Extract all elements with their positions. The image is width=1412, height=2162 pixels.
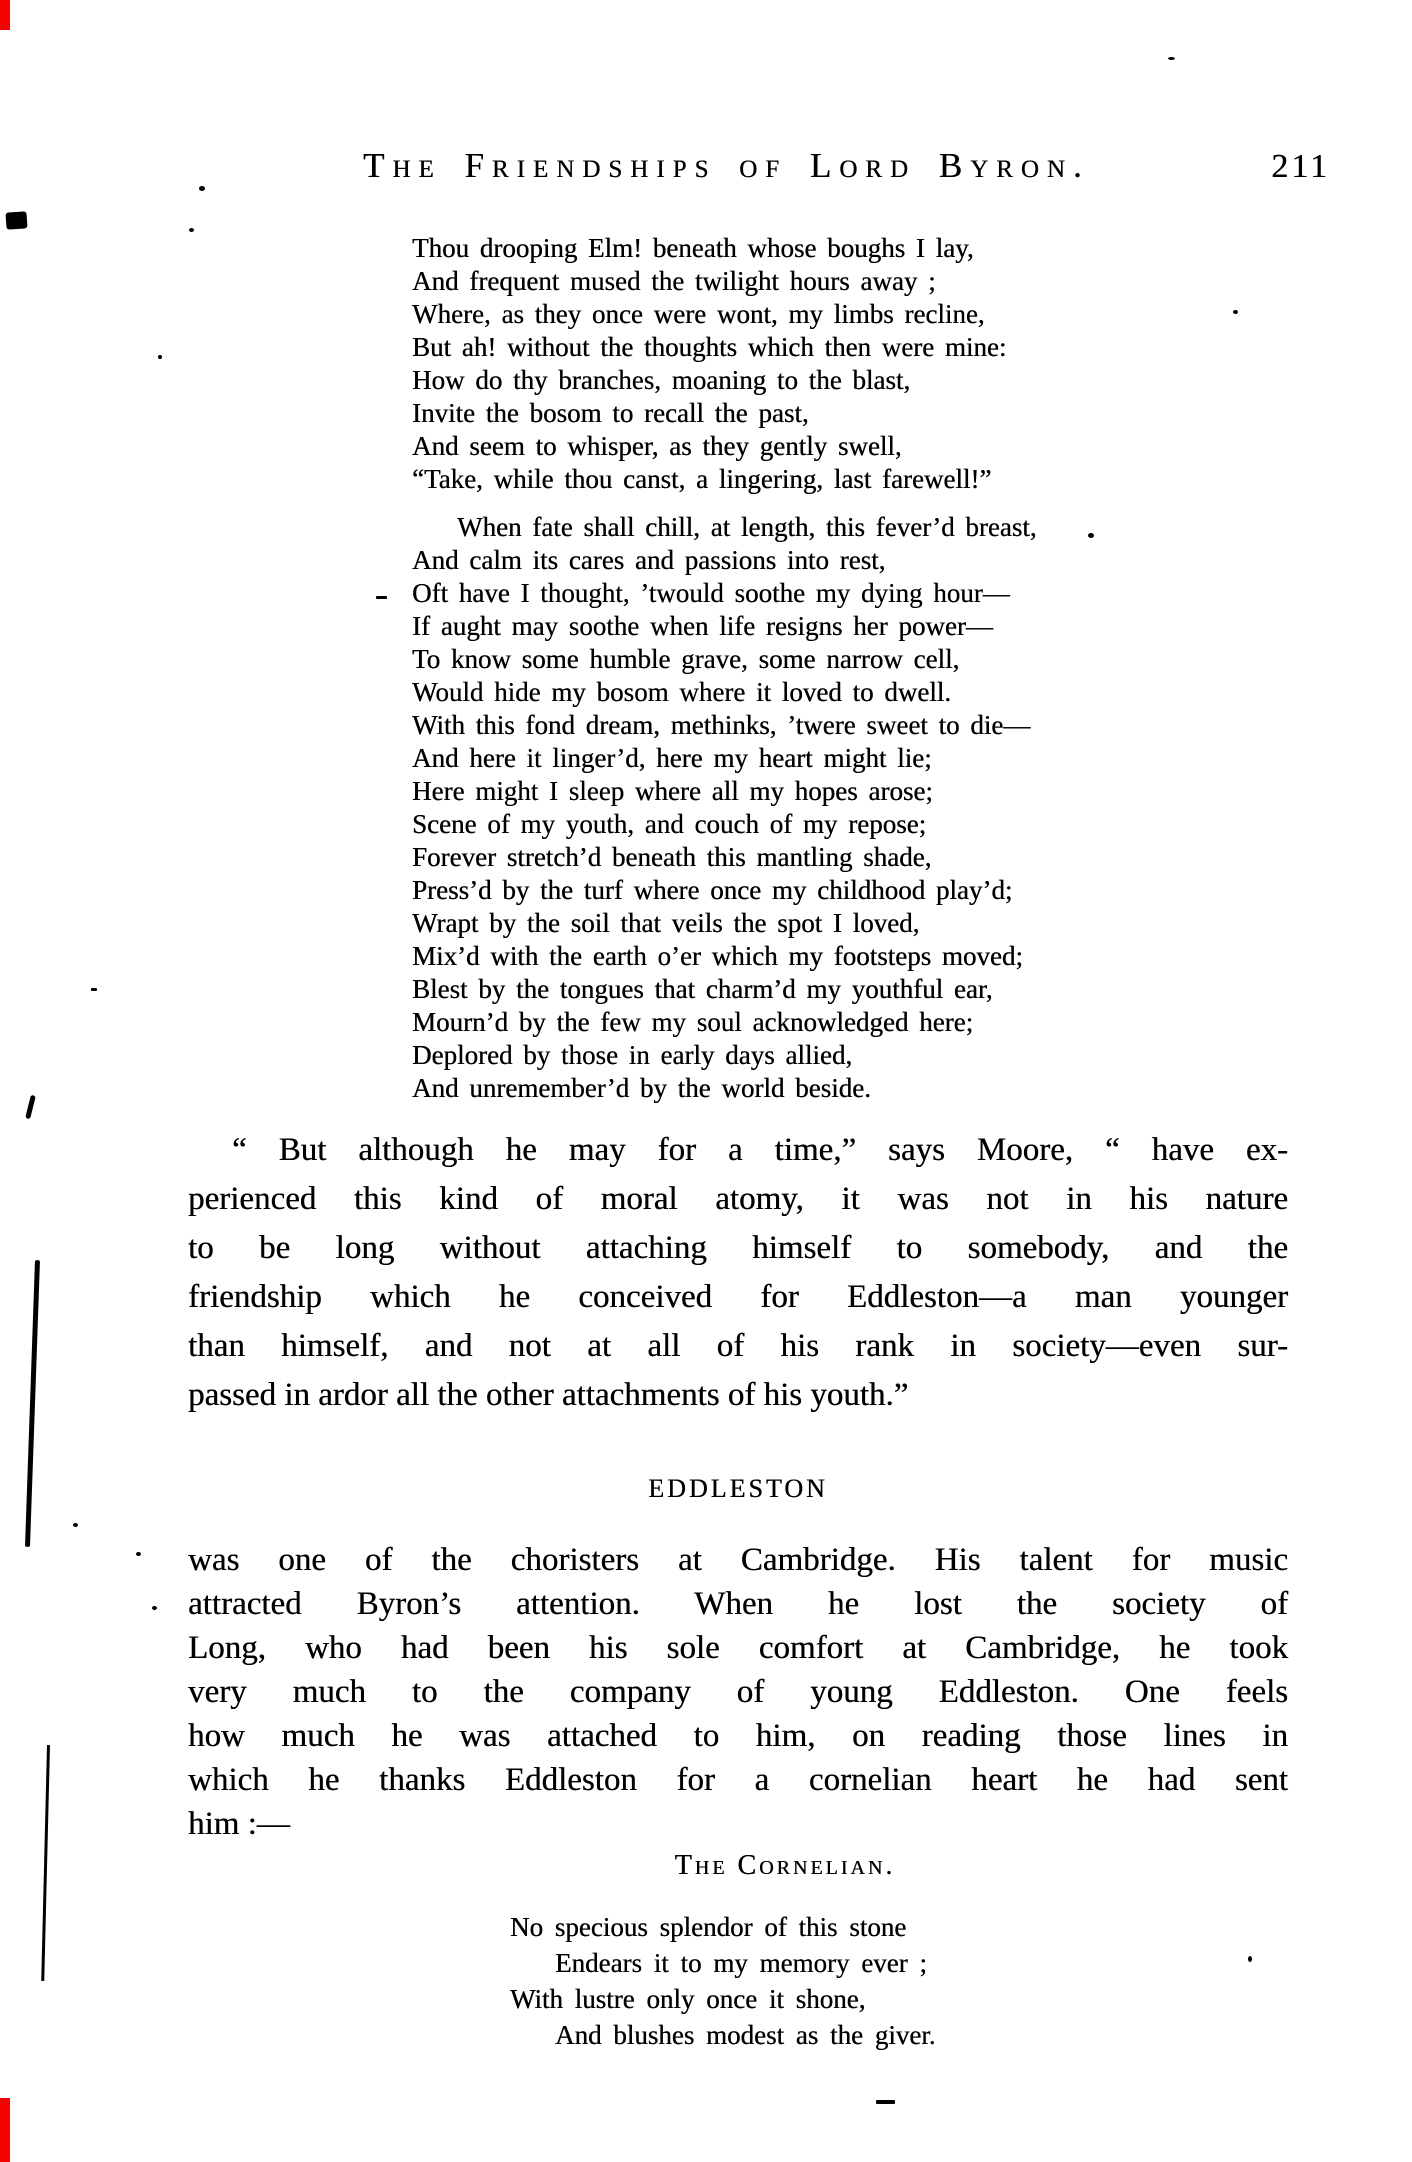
scan-speck: [1248, 1956, 1252, 1962]
scan-speck: [91, 988, 97, 991]
prose-line: very much to the company of young Eddles…: [188, 1670, 1288, 1714]
prose-line: to be long without attaching himself to …: [188, 1224, 1288, 1273]
prose-line: Long, who had been his sole comfort at C…: [188, 1626, 1288, 1670]
poem-line: Here might I sleep where all my hopes ar…: [412, 775, 1037, 808]
prose-paragraph-moore-quote: “ But although he may for a time,” says …: [188, 1126, 1288, 1420]
poem-line: To know some humble grave, some narrow c…: [412, 643, 1037, 676]
running-header: The Friendships of Lord Byron. 211: [363, 146, 1330, 186]
prose-line: was one of the choristers at Cambridge. …: [188, 1538, 1288, 1582]
poem-line: Blest by the tongues that charm’d my you…: [412, 973, 1037, 1006]
page-number: 211: [1271, 148, 1330, 186]
poem-line: Invite the bosom to recall the past,: [412, 397, 1006, 430]
poem-stanza-1: Thou drooping Elm! beneath whose boughs …: [412, 232, 1006, 496]
poem-line: And unremember’d by the world beside.: [412, 1072, 1037, 1105]
poem-line: With this fond dream, methinks, ’twere s…: [412, 709, 1037, 742]
poem-line: Oft have I thought, ’twould soothe my dy…: [412, 577, 1037, 610]
scan-dash-mark: [876, 2100, 895, 2104]
scan-speck: [376, 596, 387, 599]
section-heading-cornelian: The Cornelian.: [300, 1850, 1270, 1882]
poem-line: And blushes modest as the giver.: [510, 2017, 935, 2053]
prose-line: passed in ardor all the other attachment…: [188, 1371, 1288, 1420]
poem-line: Press’d by the turf where once my childh…: [412, 874, 1037, 907]
section-heading-eddleston: EDDLESTON: [188, 1474, 1288, 1504]
prose-line: which he thanks Eddleston for a cornelia…: [188, 1758, 1288, 1802]
prose-line: how much he was attached to him, on read…: [188, 1714, 1288, 1758]
prose-line: friendship which he conceived for Eddles…: [188, 1273, 1288, 1322]
scan-speck: [73, 1523, 78, 1527]
poem-line: And seem to whisper, as they gently swel…: [412, 430, 1006, 463]
scan-speck: [199, 186, 205, 191]
book-page: The Friendships of Lord Byron. 211 Thou …: [0, 0, 1412, 2162]
scan-speck: [1233, 310, 1238, 314]
prose-line: “ But although he may for a time,” says …: [188, 1126, 1288, 1175]
poem-line: How do thy branches, moaning to the blas…: [412, 364, 1006, 397]
poem-line: No specious splendor of this stone: [510, 1909, 935, 1945]
poem-line: And here it linger’d, here my heart migh…: [412, 742, 1037, 775]
scan-speck: [136, 1552, 141, 1556]
scan-squiggle-mark: [25, 1095, 36, 1119]
poem-line: With lustre only once it shone,: [510, 1981, 935, 2017]
prose-line: him :—: [188, 1802, 1288, 1846]
poem-line: Where, as they once were wont, my limbs …: [412, 298, 1006, 331]
poem-line: “Take, while thou canst, a lingering, la…: [412, 463, 1006, 496]
prose-line: than himself, and not at all of his rank…: [188, 1322, 1288, 1371]
poem-line: Endears it to my memory ever ;: [510, 1945, 935, 1981]
poem-line: And calm its cares and passions into res…: [412, 544, 1037, 577]
poem-line: Wrapt by the soil that veils the spot I …: [412, 907, 1037, 940]
scan-vertical-line-lower: [41, 1745, 50, 1981]
poem-line: If aught may soothe when life resigns he…: [412, 610, 1037, 643]
poem-line: When fate shall chill, at length, this f…: [412, 511, 1037, 544]
poem-line: Thou drooping Elm! beneath whose boughs …: [412, 232, 1006, 265]
poem-stanza-2: When fate shall chill, at length, this f…: [412, 511, 1037, 1105]
poem-line: And frequent mused the twilight hours aw…: [412, 265, 1006, 298]
poem-line: Would hide my bosom where it loved to dw…: [412, 676, 1037, 709]
scan-speck: [152, 1606, 157, 1610]
scan-speck: [158, 355, 162, 359]
scan-red-mark-bottom: [0, 2098, 10, 2162]
scan-speck: [1088, 533, 1094, 538]
poem-line: Forever stretch’d beneath this mantling …: [412, 841, 1037, 874]
poem-line: Mix’d with the earth o’er which my foots…: [412, 940, 1037, 973]
scan-ink-blob: [5, 211, 27, 229]
poem-line: Deplored by those in early days allied,: [412, 1039, 1037, 1072]
scan-speck: [1168, 57, 1175, 60]
prose-line: attracted Byron’s attention. When he los…: [188, 1582, 1288, 1626]
poem-line: Scene of my youth, and couch of my repos…: [412, 808, 1037, 841]
poem-stanza-cornelian: No specious splendor of this stone Endea…: [510, 1909, 935, 2053]
scan-vertical-line-upper: [25, 1260, 40, 1547]
scan-speck: [189, 228, 194, 232]
scan-red-mark-top: [0, 0, 10, 30]
poem-line: But ah! without the thoughts which then …: [412, 331, 1006, 364]
page-title: The Friendships of Lord Byron.: [363, 146, 1090, 186]
prose-line: perienced this kind of moral atomy, it w…: [188, 1175, 1288, 1224]
prose-paragraph-eddleston: was one of the choristers at Cambridge. …: [188, 1538, 1288, 1846]
poem-line: Mourn’d by the few my soul acknowledged …: [412, 1006, 1037, 1039]
